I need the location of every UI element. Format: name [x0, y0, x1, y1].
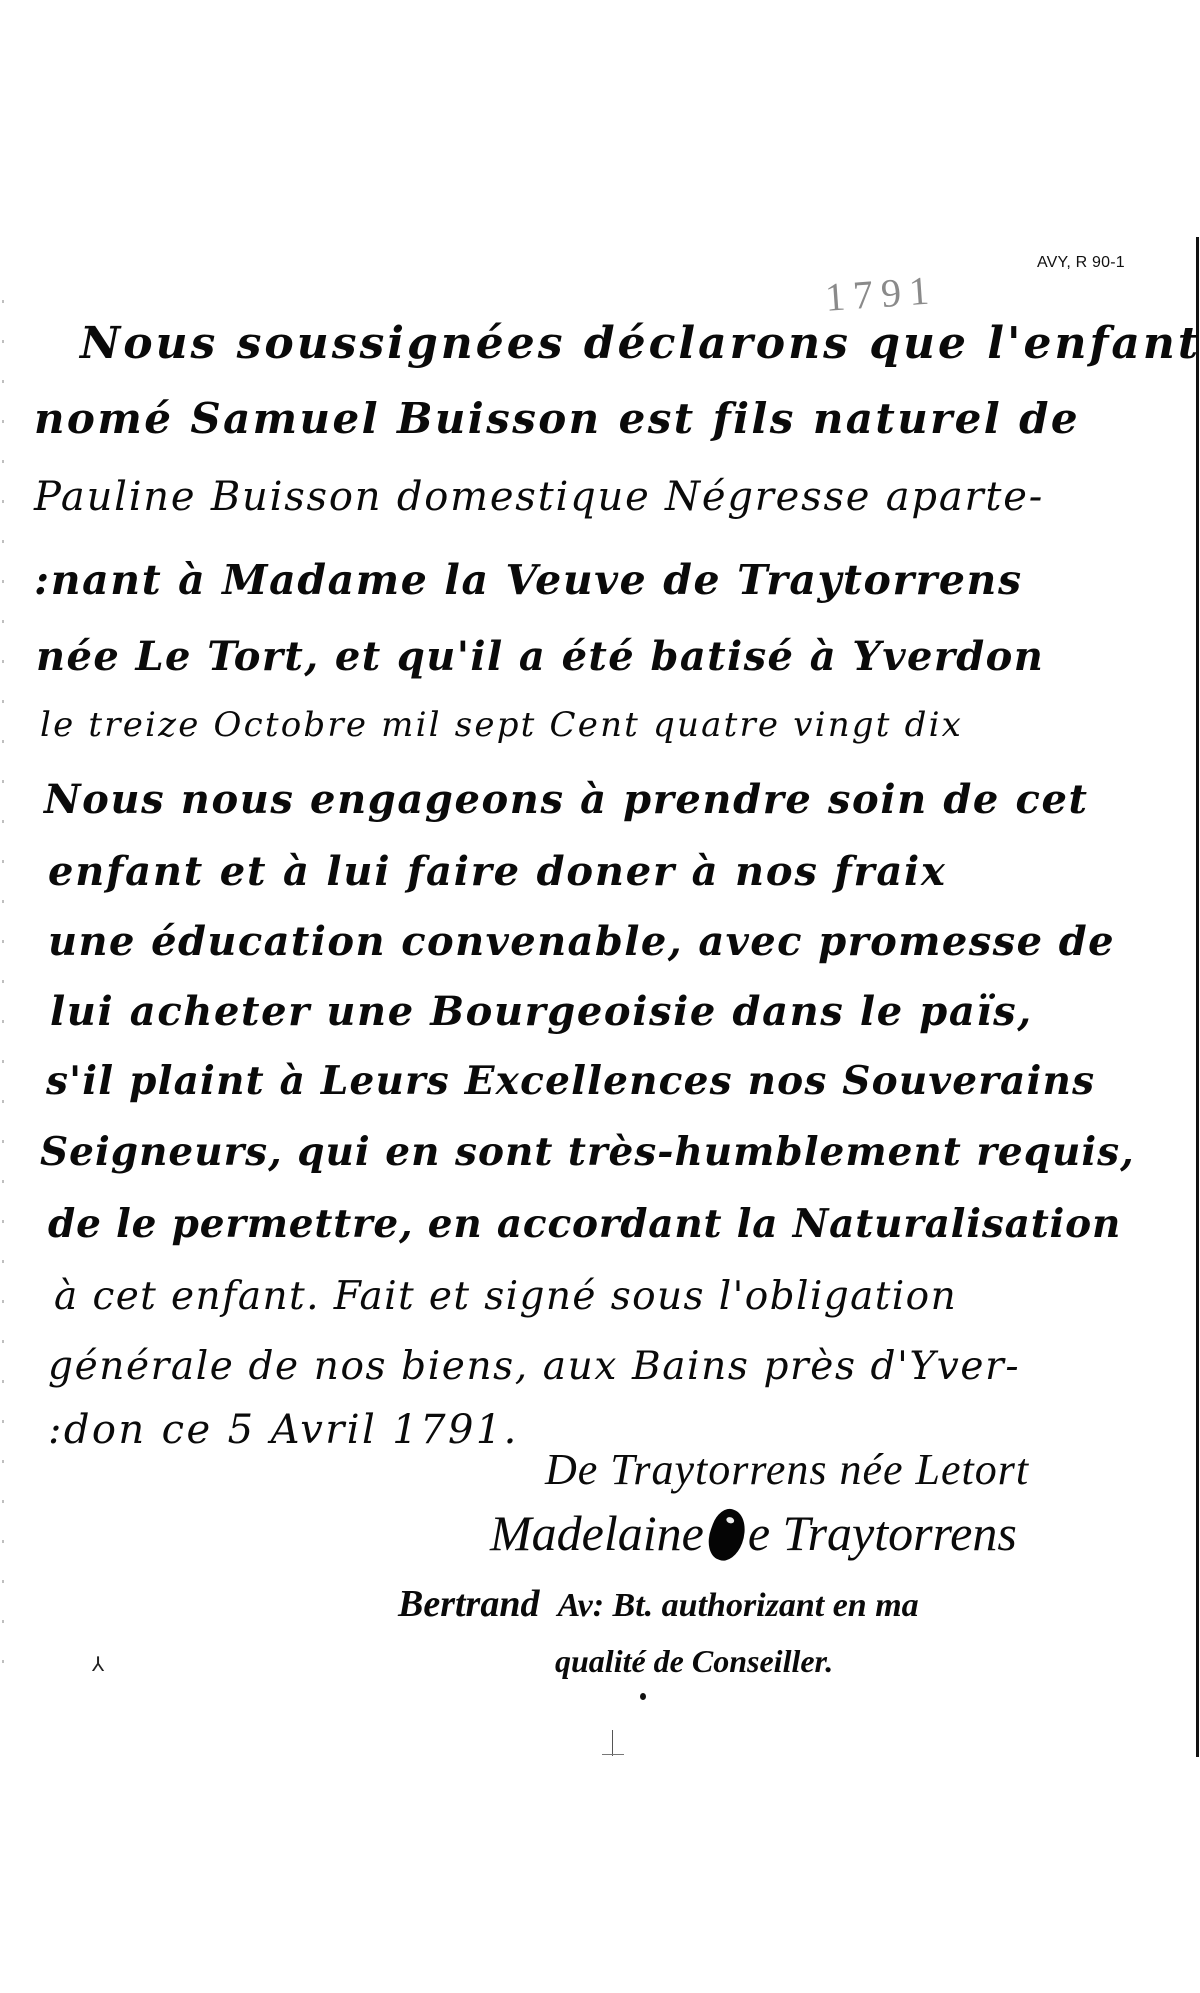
- body-line-11: s'il plaint à Leurs Excellences nos Souv…: [46, 1062, 1095, 1101]
- body-line-1: Nous soussignées déclarons que l'enfant: [80, 322, 1200, 366]
- scan-right-edge: [1196, 237, 1199, 1757]
- body-line-2: nomé Samuel Buisson est fils naturel de: [34, 398, 1080, 440]
- ink-blot-icon: [702, 1504, 752, 1564]
- ink-dot: [640, 1693, 646, 1700]
- signature-bertrand: BertrandAv: Bt. authorizant en ma: [398, 1585, 919, 1623]
- body-line-9: une éducation convenable, avec promesse …: [48, 922, 1115, 962]
- margin-mark-icon: ⅄: [92, 1652, 104, 1676]
- signature-de-traytorrens-nee-letort: De Traytorrens née Letort: [545, 1448, 1029, 1492]
- fold-mark: [612, 1730, 613, 1756]
- body-line-12: Seigneurs, qui en sont très-humblement r…: [40, 1133, 1135, 1172]
- signature-qualite-de-conseiller: qualité de Conseiller.: [555, 1645, 833, 1677]
- body-line-8: enfant et à lui faire doner à nos fraix: [48, 852, 947, 892]
- body-line-14: à cet enfant. Fait et signé sous l'oblig…: [54, 1277, 957, 1316]
- signature-madelaine-de-traytorrens: Madelainee Traytorrens: [490, 1508, 1017, 1565]
- body-line-7: Nous nous engageons à prendre soin de ce…: [44, 780, 1089, 820]
- body-line-16: :don ce 5 Avril 1791.: [48, 1410, 519, 1450]
- signature-family-name: e Traytorrens: [748, 1505, 1017, 1561]
- body-line-10: lui acheter une Bourgeoisie dans le païs…: [50, 992, 1033, 1032]
- pencil-date-annotation: 1791: [823, 266, 938, 321]
- body-line-15: générale de nos biens, aux Bains près d'…: [48, 1347, 1020, 1386]
- body-line-3: Pauline Buisson domestique Négresse apar…: [34, 477, 1044, 517]
- signature-bertrand-title: Av: Bt. authorizant en ma: [557, 1587, 918, 1624]
- body-line-5: née Le Tort, et qu'il a été batisé à Yve…: [36, 637, 1044, 677]
- body-line-4: :nant à Madame la Veuve de Traytorrens: [34, 560, 1023, 601]
- signature-bertrand-name: Bertrand: [398, 1583, 539, 1625]
- body-line-6: le treize Octobre mil sept Cent quatre v…: [40, 708, 963, 742]
- scan-left-edge: [2, 300, 4, 1700]
- signature-given-name: Madelaine: [490, 1505, 704, 1561]
- archive-reference: AVY, R 90-1: [1037, 254, 1125, 272]
- body-line-13: de le permettre, en accordant la Natural…: [48, 1205, 1121, 1244]
